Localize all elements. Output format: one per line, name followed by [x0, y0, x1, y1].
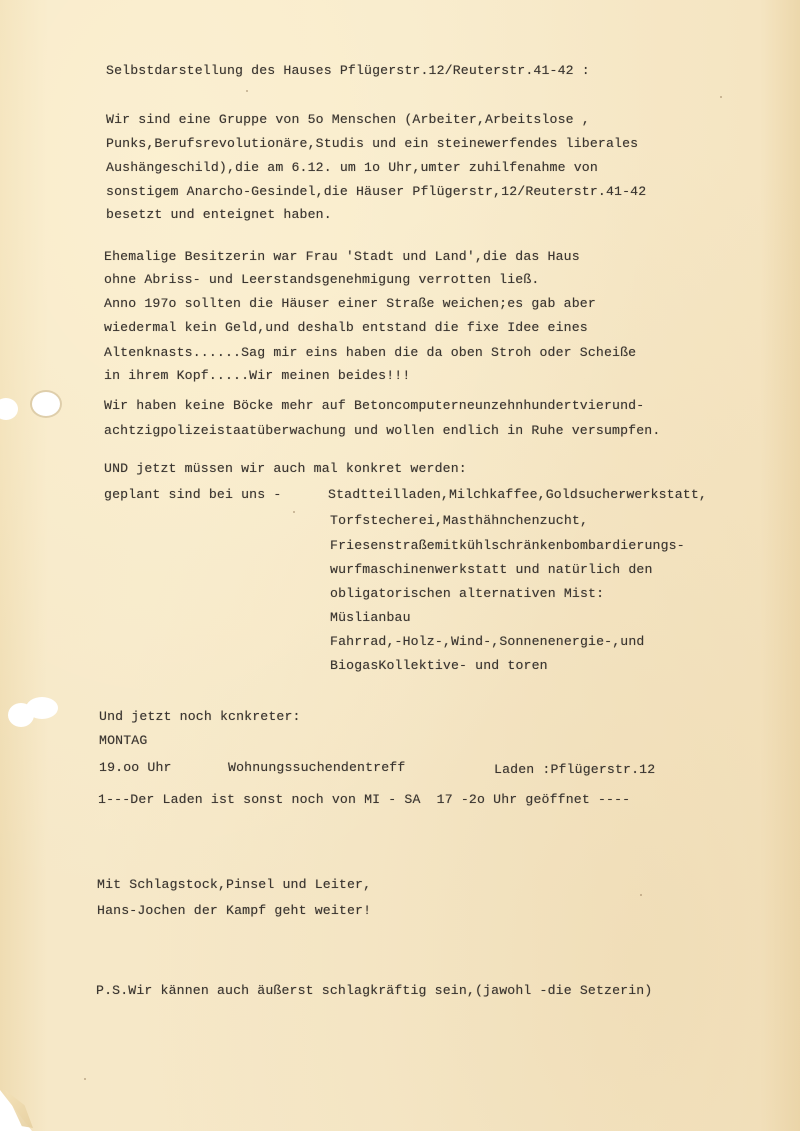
paper-sheet: Selbstdarstellung des Hauses Pflügerstr.… — [0, 0, 800, 1131]
schedule-location: Laden :Pflügerstr.12 — [494, 762, 655, 778]
speck — [293, 511, 295, 513]
paragraph-1-line: besetzt und enteignet haben. — [106, 207, 332, 223]
schedule-note: 1---Der Laden ist sonst noch von MI - SA… — [98, 792, 630, 808]
plans-item: Müslianbau — [330, 610, 411, 626]
schedule-intro: Und jetzt noch kcnkreter: — [99, 709, 301, 725]
paragraph-2-line: Altenknasts......Sag mir eins haben die … — [104, 345, 636, 361]
plans-intro: UND jetzt müssen wir auch mal konkret we… — [104, 461, 467, 477]
closing-line: Mit Schlagstock,Pinsel und Leiter, — [97, 877, 371, 893]
paragraph-1-line: Punks,Berufsrevolutionäre,Studis und ein… — [106, 136, 638, 152]
paragraph-1-line: Aushängeschild),die am 6.12. um 1o Uhr,u… — [106, 160, 598, 176]
paragraph-2-line: Anno 197o sollten die Häuser einer Straß… — [104, 296, 596, 312]
plans-item: Friesenstraßemitkühlschränkenbombardieru… — [330, 538, 685, 554]
speck — [84, 1078, 86, 1080]
paragraph-3-line: Wir haben keine Böcke mehr auf Betoncomp… — [104, 398, 644, 414]
plans-item: Torfstecherei,Masthähnchenzucht, — [330, 513, 588, 529]
plans-item: obligatorischen alternativen Mist: — [330, 586, 604, 602]
paragraph-3-line: achtzigpolizeistaatüberwachung und wolle… — [104, 423, 660, 439]
paragraph-2-line: wiedermal kein Geld,und deshalb entstand… — [104, 320, 588, 336]
paragraph-2-line: ohne Abriss- und Leerstandsgenehmigung v… — [104, 272, 539, 288]
plans-item: Stadtteilladen,Milchkaffee,Goldsucherwer… — [328, 487, 707, 503]
paragraph-2-line: in ihrem Kopf.....Wir meinen beides!!! — [104, 368, 410, 384]
plans-item: BiogasKollektive- und toren — [330, 658, 548, 674]
postscript: P.S.Wir kännen auch äußerst schlagkräfti… — [96, 983, 652, 999]
paragraph-1-line: sonstigem Anarcho-Gesindel,die Häuser Pf… — [106, 184, 646, 200]
plans-item: wurfmaschinenwerkstatt und natürlich den — [330, 562, 653, 578]
closing-line: Hans-Jochen der Kampf geht weiter! — [97, 903, 371, 919]
speck — [640, 894, 642, 896]
paragraph-1-line: Wir sind eine Gruppe von 5o Menschen (Ar… — [106, 112, 590, 128]
punch-hole-upper — [32, 392, 60, 416]
punch-hole-lower — [26, 697, 58, 719]
plans-lead: geplant sind bei uns - — [104, 487, 289, 503]
document-title: Selbstdarstellung des Hauses Pflügerstr.… — [106, 63, 590, 79]
punch-hole-edge-upper — [0, 398, 18, 420]
paragraph-2-line: Ehemalige Besitzerin war Frau 'Stadt und… — [104, 249, 580, 265]
speck — [720, 96, 722, 98]
schedule-event: Wohnungssuchendentreff — [228, 760, 405, 776]
plans-item: Fahrrad,-Holz-,Wind-,Sonnenenergie-,und — [330, 634, 645, 650]
speck — [246, 90, 248, 92]
schedule-time: 19.oo Uhr — [99, 760, 172, 776]
schedule-day: MONTAG — [99, 733, 147, 749]
